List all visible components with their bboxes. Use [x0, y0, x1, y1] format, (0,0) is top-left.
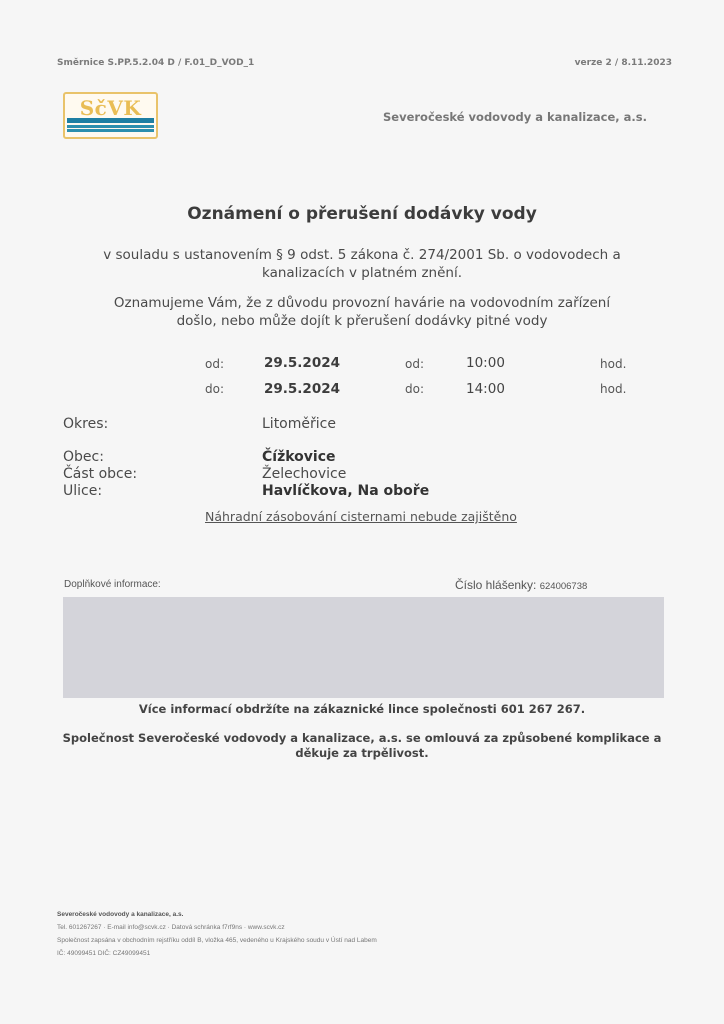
to-time: 14:00: [466, 381, 505, 397]
replacement-supply-note: Náhradní zásobování cisternami nebude za…: [205, 509, 517, 524]
scvk-logo: SčVK: [63, 92, 158, 139]
notice-line-1: Oznamujeme Vám, že z důvodu provozní hav…: [0, 294, 724, 312]
ticket-number: 624006738: [540, 581, 588, 592]
notice-text: Oznamujeme Vám, že z důvodu provozní hav…: [0, 294, 724, 330]
company-name: Severočeské vodovody a kanalizace, a.s.: [383, 110, 647, 124]
customer-line-info: Více informací obdržíte na zákaznické li…: [0, 702, 724, 716]
to-time-label: do:: [405, 382, 424, 396]
version-info: verze 2 / 8.11.2023: [575, 58, 672, 68]
municipality-label: Obec:: [63, 449, 104, 465]
from-unit: hod.: [600, 357, 626, 371]
directive-ref: Směrnice S.PP.5.2.04 D / F.01_D_VOD_1: [57, 58, 254, 68]
municipality-value: Čížkovice: [262, 449, 336, 465]
ticket-number-field: Číslo hlášenky: 624006738: [455, 578, 587, 592]
apology-line-2: děkuje za trpělivost.: [0, 746, 724, 761]
legal-reference: v souladu s ustanovením § 9 odst. 5 záko…: [0, 246, 724, 282]
extra-info-box: [63, 597, 664, 698]
from-time: 10:00: [466, 355, 505, 371]
from-time-label: od:: [405, 357, 424, 371]
to-unit: hod.: [600, 382, 626, 396]
to-date: 29.5.2024: [264, 381, 340, 397]
to-date-label: do:: [205, 382, 224, 396]
district-value: Litoměřice: [262, 416, 336, 432]
notice-line-2: došlo, nebo může dojít k přerušení dodáv…: [0, 312, 724, 330]
footer-contact: Tel. 601267267 · E-mail info@scvk.cz · D…: [57, 924, 285, 931]
district-label: Okres:: [63, 416, 108, 432]
logo-text: SčVK: [65, 96, 156, 120]
extra-info-label: Doplňkové informace:: [64, 579, 161, 590]
ticket-label: Číslo hlášenky:: [455, 578, 536, 592]
legal-line-1: v souladu s ustanovením § 9 odst. 5 záko…: [0, 246, 724, 264]
street-label: Ulice:: [63, 483, 102, 499]
apology-text: Společnost Severočeské vodovody a kanali…: [0, 731, 724, 761]
document-page: Směrnice S.PP.5.2.04 D / F.01_D_VOD_1 ve…: [0, 0, 724, 1024]
page-title: Oznámení o přerušení dodávky vody: [0, 204, 724, 224]
from-date: 29.5.2024: [264, 355, 340, 371]
logo-water-stripes-icon: [67, 118, 154, 135]
legal-line-2: kanalizacích v platném znění.: [0, 264, 724, 282]
part-value: Želechovice: [262, 466, 346, 482]
footer-ids: IČ: 49099451 DIČ: CZ49099451: [57, 950, 150, 957]
part-label: Část obce:: [63, 466, 137, 482]
apology-line-1: Společnost Severočeské vodovody a kanali…: [0, 731, 724, 746]
street-value: Havlíčkova, Na oboře: [262, 483, 429, 499]
footer-registry: Společnost zapsána v obchodním rejstříku…: [57, 937, 377, 944]
from-date-label: od:: [205, 357, 224, 371]
footer-company: Severočeské vodovody a kanalizace, a.s.: [57, 911, 183, 918]
